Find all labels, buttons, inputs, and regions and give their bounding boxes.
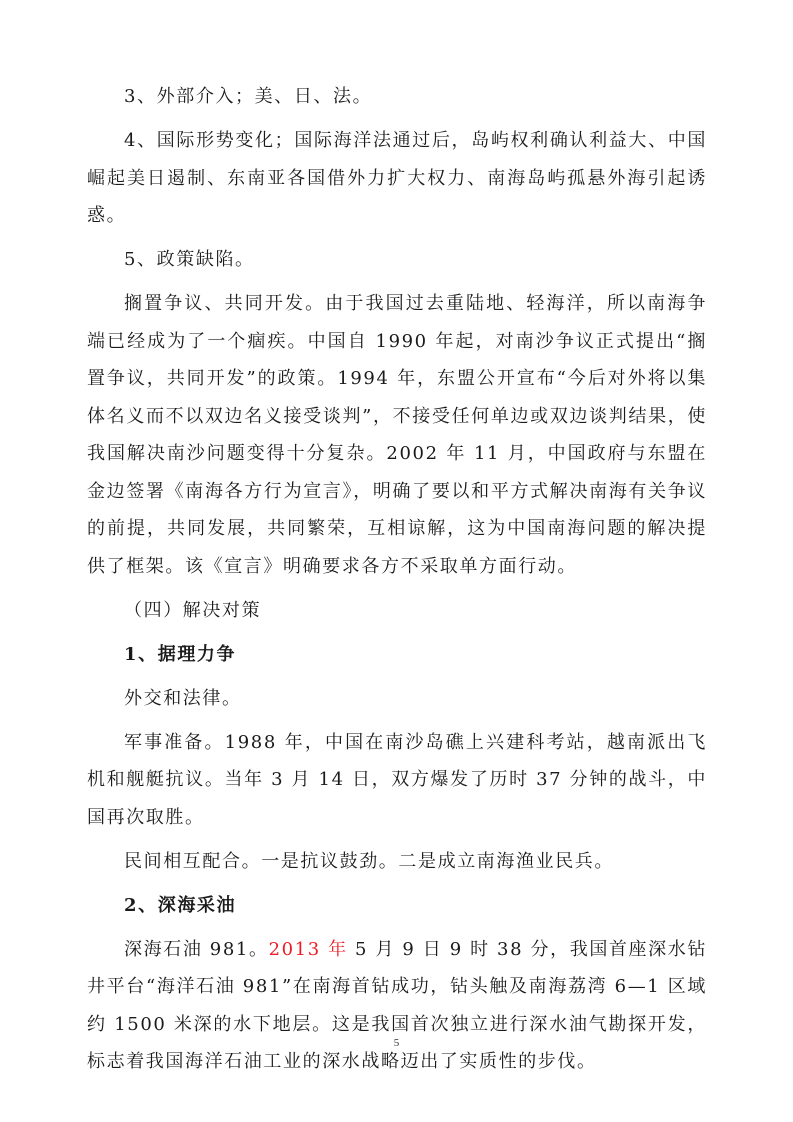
paragraph-diplomacy-law: 外交和法律。 bbox=[87, 680, 707, 718]
section-heading-solutions: （四）解决对策 bbox=[87, 592, 707, 630]
paragraph-civilian-cooperation: 民间相互配合。一是抗议鼓劲。二是成立南海渔业民兵。 bbox=[87, 843, 707, 881]
text-run: 深海石油 981。 bbox=[124, 939, 269, 960]
document-page: 3、外部介入；美、日、法。 4、国际形势变化；国际海洋法通过后，岛屿权利确认利益… bbox=[87, 78, 707, 1087]
paragraph-shelve-disputes: 搁置争议、共同开发。由于我国过去重陆地、轻海洋，所以南海争端已经成为了一个痼疾。… bbox=[87, 285, 707, 585]
subheading-deep-sea-oil: 2、深海采油 bbox=[87, 887, 707, 925]
paragraph-deep-sea-oil-981: 深海石油 981。2013 年 5 月 9 日 9 时 38 分，我国首座深水钻… bbox=[87, 931, 707, 1081]
paragraph-international-situation: 4、国际形势变化；国际海洋法通过后，岛屿权利确认利益大、中国崛起美日遏制、东南亚… bbox=[87, 122, 707, 235]
highlighted-year: 2013 年 bbox=[269, 939, 348, 960]
paragraph-military-preparation: 军事准备。1988 年，中国在南沙岛礁上兴建科考站，越南派出飞机和舰艇抗议。当年… bbox=[87, 724, 707, 837]
page-number: 5 bbox=[0, 1037, 793, 1049]
subheading-argue-with-reason: 1、据理力争 bbox=[87, 636, 707, 674]
paragraph-external-intervention: 3、外部介入；美、日、法。 bbox=[87, 78, 707, 116]
paragraph-policy-defects: 5、政策缺陷。 bbox=[87, 241, 707, 279]
